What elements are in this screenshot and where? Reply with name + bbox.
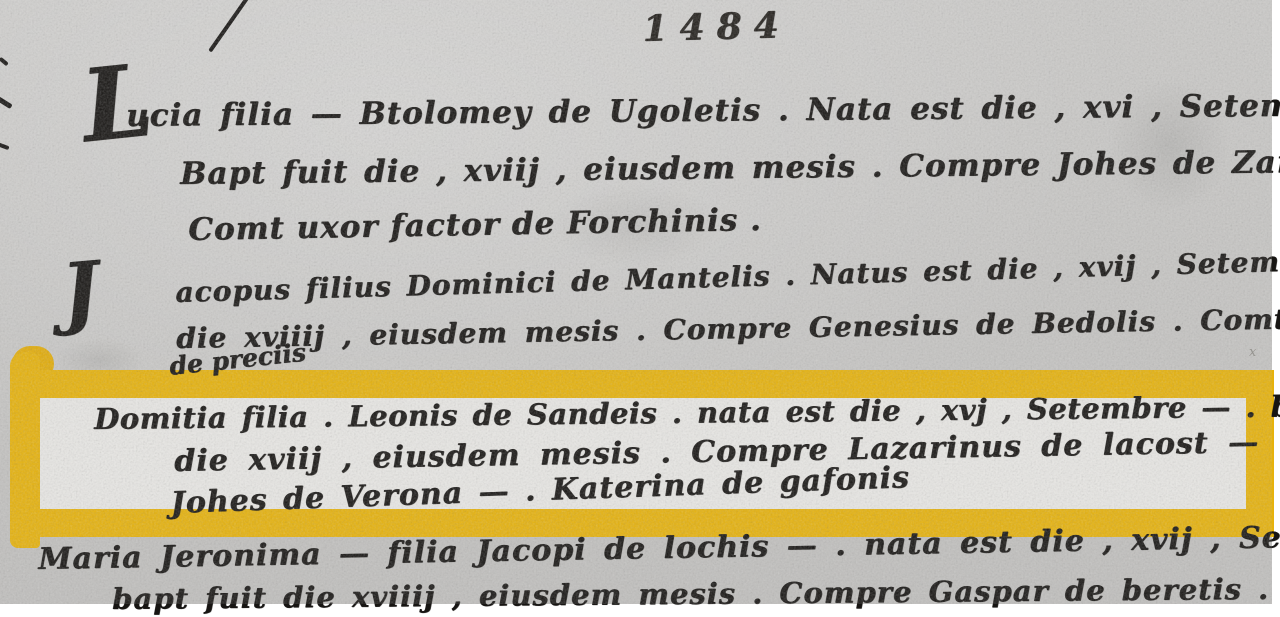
scanned-manuscript: 1484 L ucia filia — Btolomey de Ugoletis…: [0, 0, 1280, 617]
year-heading: 1484: [642, 4, 791, 50]
margin-mark: x: [1249, 345, 1256, 360]
entry-initial: J: [58, 245, 103, 339]
